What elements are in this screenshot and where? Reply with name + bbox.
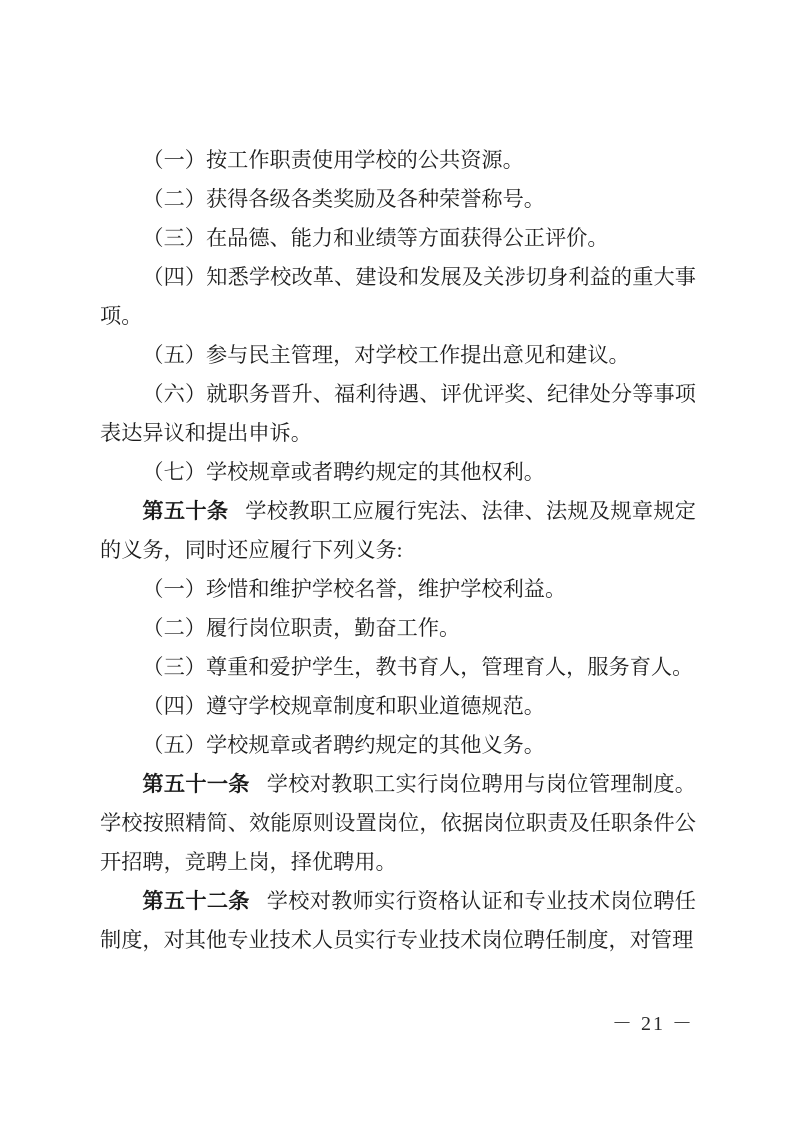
list-item: （二）履行岗位职责，勤奋工作。 (100, 609, 696, 648)
list-item: （三）尊重和爱护学生，教书育人，管理育人，服务育人。 (100, 648, 696, 687)
document-page: （一）按工作职责使用学校的公共资源。 （二）获得各级各类奖励及各种荣誉称号。 （… (0, 0, 794, 1123)
list-item-text: （一）珍惜和维护学校名誉，维护学校利益。 (142, 577, 566, 601)
list-item: （四）知悉学校改革、建设和发展及关涉切身利益的重大事项。 (100, 258, 696, 336)
article-number: 第五十条 (142, 499, 228, 523)
list-item-text: （六）就职务晋升、福利待遇、评优评奖、纪律处分等事项表达异议和提出申诉。 (100, 382, 696, 445)
document-body: （一）按工作职责使用学校的公共资源。 （二）获得各级各类奖励及各种荣誉称号。 （… (100, 141, 696, 960)
list-item: （六）就职务晋升、福利待遇、评优评奖、纪律处分等事项表达异议和提出申诉。 (100, 375, 696, 453)
list-item: （二）获得各级各类奖励及各种荣誉称号。 (100, 180, 696, 219)
list-item-text: （五）学校规章或者聘约规定的其他义务。 (142, 733, 545, 757)
article-paragraph: 第五十条学校教职工应履行宪法、法律、法规及规章规定的义务，同时还应履行下列义务: (100, 492, 696, 570)
article-paragraph: 第五十二条学校对教师实行资格认证和专业技术岗位聘任制度，对其他专业技术人员实行专… (100, 882, 696, 960)
list-item-text: （五）参与民主管理，对学校工作提出意见和建议。 (142, 343, 629, 367)
list-item-text: （三）在品德、能力和业绩等方面获得公正评价。 (142, 226, 608, 250)
list-item-text: （二）获得各级各类奖励及各种荣誉称号。 (142, 187, 545, 211)
article-number: 第五十一条 (142, 772, 249, 796)
article-paragraph: 第五十一条学校对教职工实行岗位聘用与岗位管理制度。学校按照精简、效能原则设置岗位… (100, 765, 696, 882)
page-number: － 21 － (612, 1011, 694, 1037)
list-item: （一）按工作职责使用学校的公共资源。 (100, 141, 696, 180)
list-item: （五）学校规章或者聘约规定的其他义务。 (100, 726, 696, 765)
list-item-text: （七）学校规章或者聘约规定的其他权利。 (142, 460, 545, 484)
list-item-text: （二）履行岗位职责，勤奋工作。 (142, 616, 460, 640)
list-item: （四）遵守学校规章制度和职业道德规范。 (100, 687, 696, 726)
list-item: （三）在品德、能力和业绩等方面获得公正评价。 (100, 219, 696, 258)
list-item-text: （四）遵守学校规章制度和职业道德规范。 (142, 694, 545, 718)
list-item-text: （三）尊重和爱护学生，教书育人，管理育人，服务育人。 (142, 655, 693, 679)
list-item: （七）学校规章或者聘约规定的其他权利。 (100, 453, 696, 492)
list-item-text: （一）按工作职责使用学校的公共资源。 (142, 148, 523, 172)
list-item: （五）参与民主管理，对学校工作提出意见和建议。 (100, 336, 696, 375)
list-item-text: （四）知悉学校改革、建设和发展及关涉切身利益的重大事项。 (100, 265, 696, 328)
list-item: （一）珍惜和维护学校名誉，维护学校利益。 (100, 570, 696, 609)
article-number: 第五十二条 (142, 889, 249, 913)
